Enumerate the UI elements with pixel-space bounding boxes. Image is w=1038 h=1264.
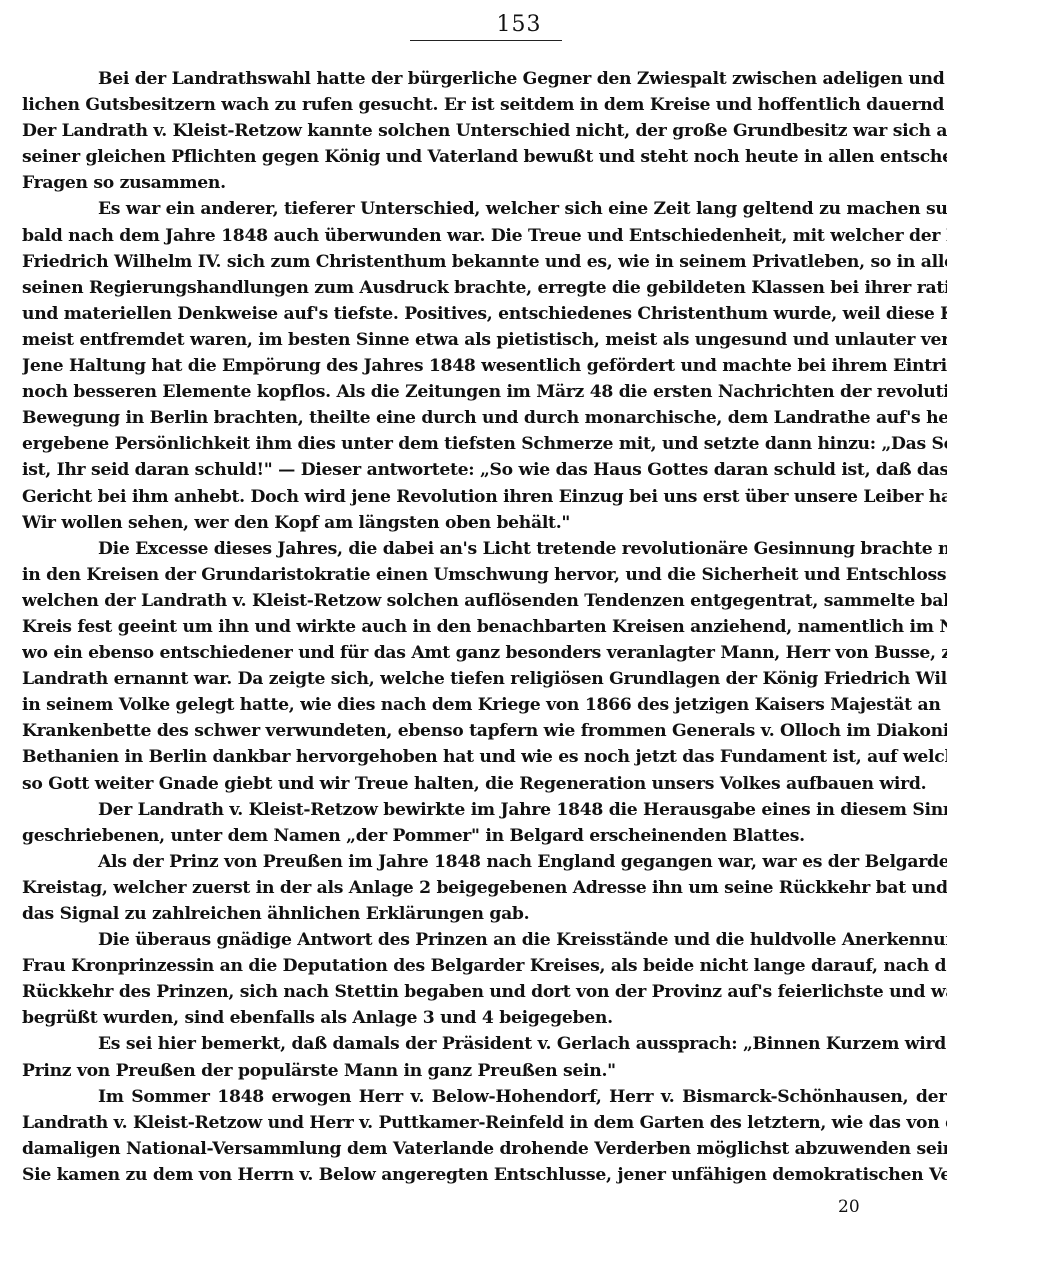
text-line: Landrath ernannt war. Da zeigte sich, we…	[22, 666, 947, 692]
text-line: Die Excesse dieses Jahres, die dabei an'…	[22, 536, 947, 562]
text-line: und materiellen Denkweise auf's tiefste.…	[22, 301, 947, 327]
paragraph: Es war ein anderer, tieferer Unterschied…	[22, 196, 947, 535]
text-line: Prinz von Preußen der populärste Mann in…	[22, 1058, 947, 1084]
text-line: in den Kreisen der Grundaristokratie ein…	[22, 562, 947, 588]
text-line: meist entfremdet waren, im besten Sinne …	[22, 327, 947, 353]
paragraph: Bei der Landrathswahl hatte der bürgerli…	[22, 66, 947, 196]
text-line: Kreis fest geeint um ihn und wirkte auch…	[22, 614, 947, 640]
text-line: Der Landrath v. Kleist-Retzow bewirkte i…	[22, 797, 947, 823]
text-line: Landrath v. Kleist-Retzow und Herr v. Pu…	[22, 1110, 947, 1136]
text-line: seiner gleichen Pflichten gegen König un…	[22, 144, 947, 170]
text-line: Es sei hier bemerkt, daß damals der Präs…	[22, 1031, 947, 1057]
text-line: begrüßt wurden, sind ebenfalls als Anlag…	[22, 1005, 947, 1031]
text-line: das Signal zu zahlreichen ähnlichen Erkl…	[22, 901, 947, 927]
paragraph: Der Landrath v. Kleist-Retzow bewirkte i…	[22, 797, 947, 849]
text-line: Bewegung in Berlin brachten, theilte ein…	[22, 405, 947, 431]
text-line: Friedrich Wilhelm IV. sich zum Christent…	[22, 249, 947, 275]
text-line: Jene Haltung hat die Empörung des Jahres…	[22, 353, 947, 379]
text-line: noch besseren Elemente kopflos. Als die …	[22, 379, 947, 405]
text-line: Es war ein anderer, tieferer Unterschied…	[22, 196, 947, 222]
text-line: ist, Ihr seid daran schuld!" — Dieser an…	[22, 457, 947, 483]
text-line: Die überaus gnädige Antwort des Prinzen …	[22, 927, 947, 953]
text-line: Rückkehr des Prinzen, sich nach Stettin …	[22, 979, 947, 1005]
text-line: Sie kamen zu dem von Herrn v. Below ange…	[22, 1162, 947, 1188]
paragraph: Es sei hier bemerkt, daß damals der Präs…	[22, 1031, 947, 1083]
text-line: Kreistag, welcher zuerst in der als Anla…	[22, 875, 947, 901]
text-line: Fragen so zusammen.	[22, 170, 947, 196]
text-line: Wir wollen sehen, wer den Kopf am längst…	[22, 510, 947, 536]
text-line: wo ein ebenso entschiedener und für das …	[22, 640, 947, 666]
text-line: Als der Prinz von Preußen im Jahre 1848 …	[22, 849, 947, 875]
text-line: Gericht bei ihm anhebt. Doch wird jene R…	[22, 484, 947, 510]
text-line: bald nach dem Jahre 1848 auch überwunden…	[22, 223, 947, 249]
text-line: in seinem Volke gelegt hatte, wie dies n…	[22, 692, 947, 718]
signature-mark: 20	[838, 1197, 860, 1217]
text-line: so Gott weiter Gnade giebt und wir Treue…	[22, 771, 947, 797]
page-number: 153	[0, 12, 1038, 37]
text-line: ergebene Persönlichkeit ihm dies unter d…	[22, 431, 947, 457]
text-line: welchen der Landrath v. Kleist-Retzow so…	[22, 588, 947, 614]
paragraph: Als der Prinz von Preußen im Jahre 1848 …	[22, 849, 947, 927]
paragraph: Die Excesse dieses Jahres, die dabei an'…	[22, 536, 947, 797]
text-line: damaligen National-Versammlung dem Vater…	[22, 1136, 947, 1162]
text-line: Krankenbette des schwer verwundeten, ebe…	[22, 718, 947, 744]
text-line: lichen Gutsbesitzern wach zu rufen gesuc…	[22, 92, 947, 118]
text-line: Bei der Landrathswahl hatte der bürgerli…	[22, 66, 947, 92]
text-line: Bethanien in Berlin dankbar hervorgehobe…	[22, 744, 947, 770]
paragraph: Im Sommer 1848 erwogen Herr v. Below-Hoh…	[22, 1084, 947, 1188]
text-line: geschriebenen, unter dem Namen „der Pomm…	[22, 823, 947, 849]
text-line: Frau Kronprinzessin an die Deputation de…	[22, 953, 947, 979]
text-line: seinen Regierungshandlungen zum Ausdruck…	[22, 275, 947, 301]
text-line: Der Landrath v. Kleist-Retzow kannte sol…	[22, 118, 947, 144]
body-text: Bei der Landrathswahl hatte der bürgerli…	[22, 66, 947, 1188]
paragraph: Die überaus gnädige Antwort des Prinzen …	[22, 927, 947, 1031]
header-rule	[410, 40, 562, 41]
text-line: Im Sommer 1848 erwogen Herr v. Below-Hoh…	[22, 1084, 947, 1110]
